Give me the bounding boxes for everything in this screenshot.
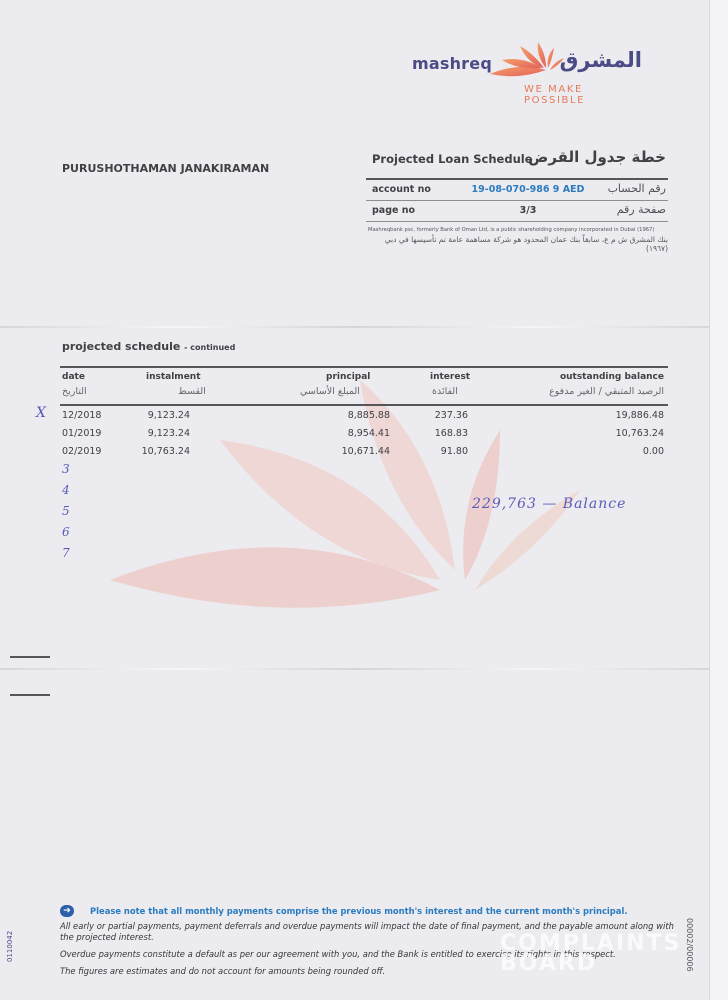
cell-instalment: 10,763.24 bbox=[142, 446, 190, 457]
brand-name-ar: المشرق bbox=[560, 48, 642, 72]
mashreq-logo: mashreq المشرق WE MAKE POSSIBLE bbox=[412, 40, 642, 100]
col-interest-ar: الفائدة bbox=[432, 386, 458, 397]
handwritten-mark: X bbox=[36, 405, 46, 421]
col-balance: outstanding balance bbox=[560, 372, 664, 382]
col-date-ar: التاريخ bbox=[62, 386, 87, 397]
paper-fold bbox=[0, 668, 710, 670]
loan-schedule-header: Projected Loan Schedule خطة جدول القرض a… bbox=[366, 148, 668, 222]
account-label: account no bbox=[372, 184, 431, 195]
cell-interest: 168.83 bbox=[435, 428, 468, 439]
col-instalment: instalment bbox=[146, 372, 201, 382]
cell-instalment: 9,123.24 bbox=[148, 428, 190, 439]
legal-notice-ar: بنك المشرق ش م ع، سابقاً بنك عمان المحدو… bbox=[368, 235, 668, 253]
page-label-ar: صفحة رقم bbox=[617, 203, 666, 216]
cell-balance: 0.00 bbox=[643, 446, 664, 457]
account-row: account no 19-08-070-986 9 AED رقم الحسا… bbox=[366, 180, 668, 201]
col-instalment-ar: القسط bbox=[178, 386, 206, 397]
payment-note: ➔ Please note that all monthly payments … bbox=[60, 906, 680, 917]
col-date: date bbox=[62, 372, 85, 382]
account-label-ar: رقم الحساب bbox=[608, 182, 666, 195]
schedule-title: projected schedule - continued bbox=[62, 340, 235, 353]
table-row: 12/20189,123.248,885.88237.3619,886.48 bbox=[60, 406, 668, 424]
complaints-board-watermark: COMPLAINTS BOARD bbox=[500, 934, 681, 974]
schedule-title-main: projected schedule bbox=[62, 340, 180, 353]
legal-notice: Mashreqbank psc, formerly Bank of Oman L… bbox=[368, 226, 668, 253]
account-number: 19-08-070-986 9 AED bbox=[468, 184, 588, 195]
cell-date: 12/2018 bbox=[62, 410, 101, 421]
handwritten-balance-note: 229,763 — Balance bbox=[472, 496, 626, 512]
legal-notice-en: Mashreqbank psc, formerly Bank of Oman L… bbox=[368, 226, 668, 235]
paper-fold bbox=[0, 326, 710, 328]
payment-note-text: Please note that all monthly payments co… bbox=[90, 906, 628, 916]
handwritten-number: 3 bbox=[62, 462, 70, 476]
col-principal: principal bbox=[326, 372, 370, 382]
cell-interest: 91.80 bbox=[441, 446, 468, 457]
customer-name: PURUSHOTHAMAN JANAKIRAMAN bbox=[62, 162, 269, 175]
sunflower-logo-icon bbox=[488, 40, 568, 80]
schedule-table: date التاريخ instalment القسط principal … bbox=[60, 366, 668, 460]
brand-name-en: mashreq bbox=[412, 54, 492, 73]
document-code-right: 00002/00006 bbox=[685, 918, 694, 972]
cell-balance: 19,886.48 bbox=[616, 410, 664, 421]
cell-principal: 8,954.41 bbox=[348, 428, 390, 439]
cell-date: 01/2019 bbox=[62, 428, 101, 439]
col-principal-ar: المبلغ الأساسي bbox=[300, 386, 360, 397]
cell-interest: 237.36 bbox=[435, 410, 468, 421]
cell-balance: 10,763.24 bbox=[616, 428, 664, 439]
table-row: 01/20199,123.248,954.41168.8310,763.24 bbox=[60, 424, 668, 442]
doc-title-en: Projected Loan Schedule bbox=[372, 152, 533, 166]
fold-mark bbox=[10, 694, 50, 696]
page-label: page no bbox=[372, 205, 415, 216]
page-row: page no 3/3 صفحة رقم bbox=[366, 201, 668, 222]
fold-mark bbox=[10, 656, 50, 658]
handwritten-number: 6 bbox=[62, 525, 70, 539]
arrow-right-icon: ➔ bbox=[60, 905, 74, 917]
col-interest: interest bbox=[430, 372, 470, 382]
brand-tagline: WE MAKE POSSIBLE bbox=[524, 84, 642, 106]
handwritten-number: 7 bbox=[62, 546, 70, 560]
cell-date: 02/2019 bbox=[62, 446, 101, 457]
handwritten-number: 5 bbox=[62, 504, 70, 518]
table-header: date التاريخ instalment القسط principal … bbox=[60, 366, 668, 406]
document-code-left: 0110042 bbox=[6, 931, 14, 962]
col-balance-ar: الرصيد المتبقي / الغير مدفوع bbox=[549, 386, 664, 397]
schedule-title-suffix: - continued bbox=[184, 343, 235, 352]
cell-principal: 10,671.44 bbox=[342, 446, 390, 457]
doc-title-ar: خطة جدول القرض bbox=[528, 148, 666, 166]
handwritten-number: 4 bbox=[62, 483, 70, 497]
cell-instalment: 9,123.24 bbox=[148, 410, 190, 421]
page-number: 3/3 bbox=[468, 205, 588, 216]
page-edge bbox=[709, 0, 728, 1000]
table-row: 02/201910,763.2410,671.4491.800.00 bbox=[60, 442, 668, 460]
cell-principal: 8,885.88 bbox=[348, 410, 390, 421]
